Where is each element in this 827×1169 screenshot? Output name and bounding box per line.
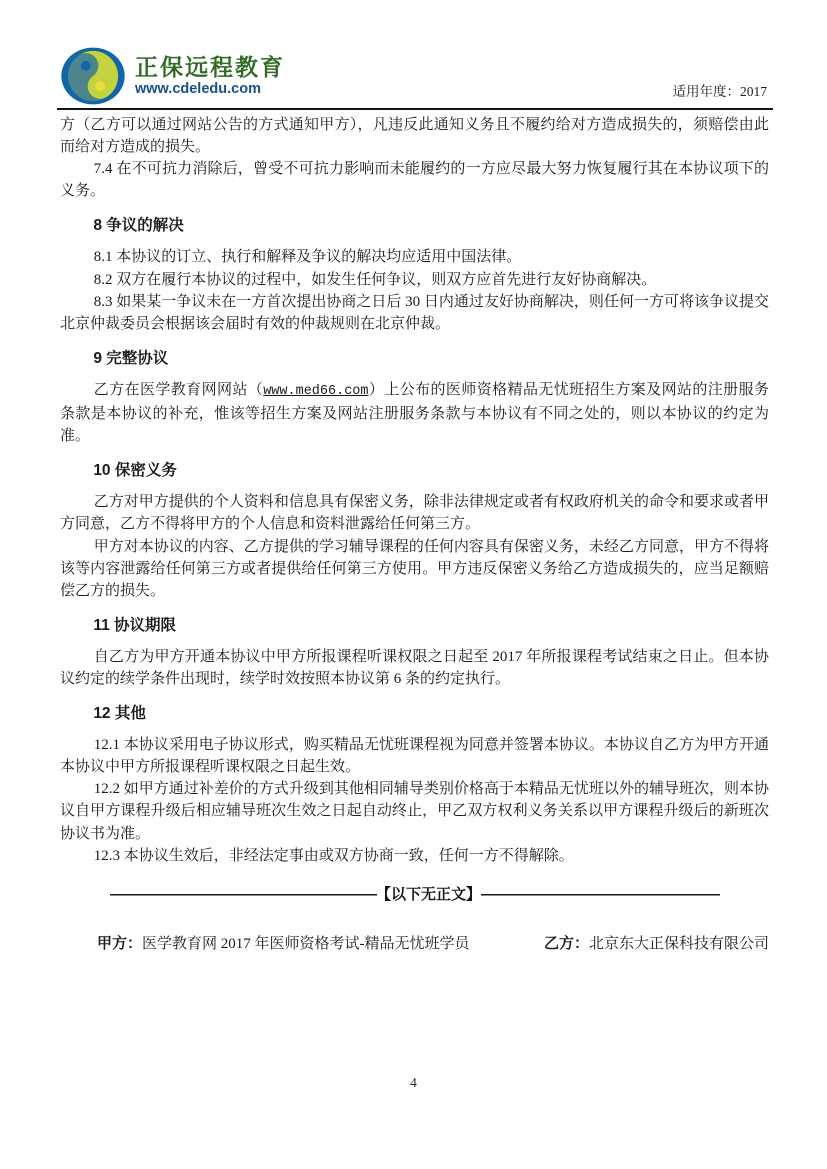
brand-text: 正保远程教育 www.cdeledu.com — [135, 54, 285, 98]
section-8-heading: 8 争议的解决 — [60, 215, 769, 237]
signature-row: 甲方： 医学教育网 2017 年医师资格考试-精品无忧班学员 乙方： 北京东大正… — [60, 933, 769, 955]
section-11-heading: 11 协议期限 — [60, 615, 769, 637]
divider-left-dashes: ——————————————————— — [110, 884, 376, 906]
divider-right-dashes: ————————————————— — [481, 884, 719, 906]
clause-8-2: 8.2 双方在履行本协议的过程中，如发生任何争议，则双方应首先进行友好协商解决。 — [60, 269, 769, 291]
section-12-heading: 12 其他 — [60, 703, 769, 725]
clause-8-1: 8.1 本协议的订立、执行和解释及争议的解决均应适用中国法律。 — [60, 246, 769, 268]
brand-name: 正保远程教育 — [135, 54, 285, 80]
section-10-paragraph-2: 甲方对本协议的内容、乙方提供的学习辅导课程的任何内容具有保密义务，未经乙方同意，… — [60, 536, 769, 602]
document-page: 正保远程教育 www.cdeledu.com 适用年度：2017 方（乙方可以通… — [0, 0, 827, 1169]
clause-12-2: 12.2 如甲方通过补差价的方式升级到其他相同辅导类别价格高于本精品无忧班以外的… — [60, 778, 769, 844]
party-b-label: 乙方： — [544, 933, 589, 955]
page-number: 4 — [0, 1075, 827, 1091]
end-of-text-divider: ——————————————————— 【以下无正文】 ————————————… — [60, 884, 769, 906]
header-divider-rule — [57, 108, 773, 110]
clause-7-4: 7.4 在不可抗力消除后，曾受不可抗力影响而未能履约的一方应尽最大努力恢复履行其… — [60, 158, 769, 202]
party-a-value: 医学教育网 2017 年医师资格考试-精品无忧班学员 — [142, 933, 470, 955]
clause-8-3: 8.3 如果某一争议未在一方首次提出协商之日后 30 日内通过友好协商解决，则任… — [60, 291, 769, 335]
brand-url: www.cdeledu.com — [135, 80, 285, 98]
section-10-heading: 10 保密义务 — [60, 460, 769, 482]
party-a-label: 甲方： — [97, 933, 142, 955]
section-9-heading: 9 完整协议 — [60, 348, 769, 370]
med66-link[interactable]: www.med66.com — [263, 384, 368, 399]
section-9-text-before-link: 乙方在医学教育网网站（ — [94, 382, 263, 398]
section-10-paragraph-1: 乙方对甲方提供的个人资料和信息具有保密义务，除非法律规定或者有权政府机关的命令和… — [60, 491, 769, 535]
clause-12-1: 12.1 本协议采用电子协议形式，购买精品无忧班课程视为同意并签署本协议。本协议… — [60, 734, 769, 778]
cdel-logo-icon — [60, 46, 126, 106]
applicable-year-label: 适用年度：2017 — [673, 80, 768, 100]
section-11-paragraph-1: 自乙方为甲方开通本协议中甲方所报课程听课权限之日起至 2017 年所报课程考试结… — [60, 646, 769, 690]
section-9-paragraph: 乙方在医学教育网网站（www.med66.com）上公布的医师资格精品无忧班招生… — [60, 379, 769, 447]
contract-body: 方（乙方可以通过网站公告的方式通知甲方），凡违反此通知义务且不履约给对方造成损失… — [60, 114, 769, 955]
brand-logo-block: 正保远程教育 www.cdeledu.com — [60, 46, 771, 106]
clause-12-3: 12.3 本协议生效后，非经法定事由或双方协商一致，任何一方不得解除。 — [60, 845, 769, 867]
end-of-text-label: 【以下无正文】 — [376, 884, 481, 906]
paragraph-continuation: 方（乙方可以通过网站公告的方式通知甲方），凡违反此通知义务且不履约给对方造成损失… — [60, 114, 769, 158]
party-b-value: 北京东大正保科技有限公司 — [589, 933, 769, 955]
document-header: 正保远程教育 www.cdeledu.com 适用年度：2017 — [60, 46, 771, 108]
